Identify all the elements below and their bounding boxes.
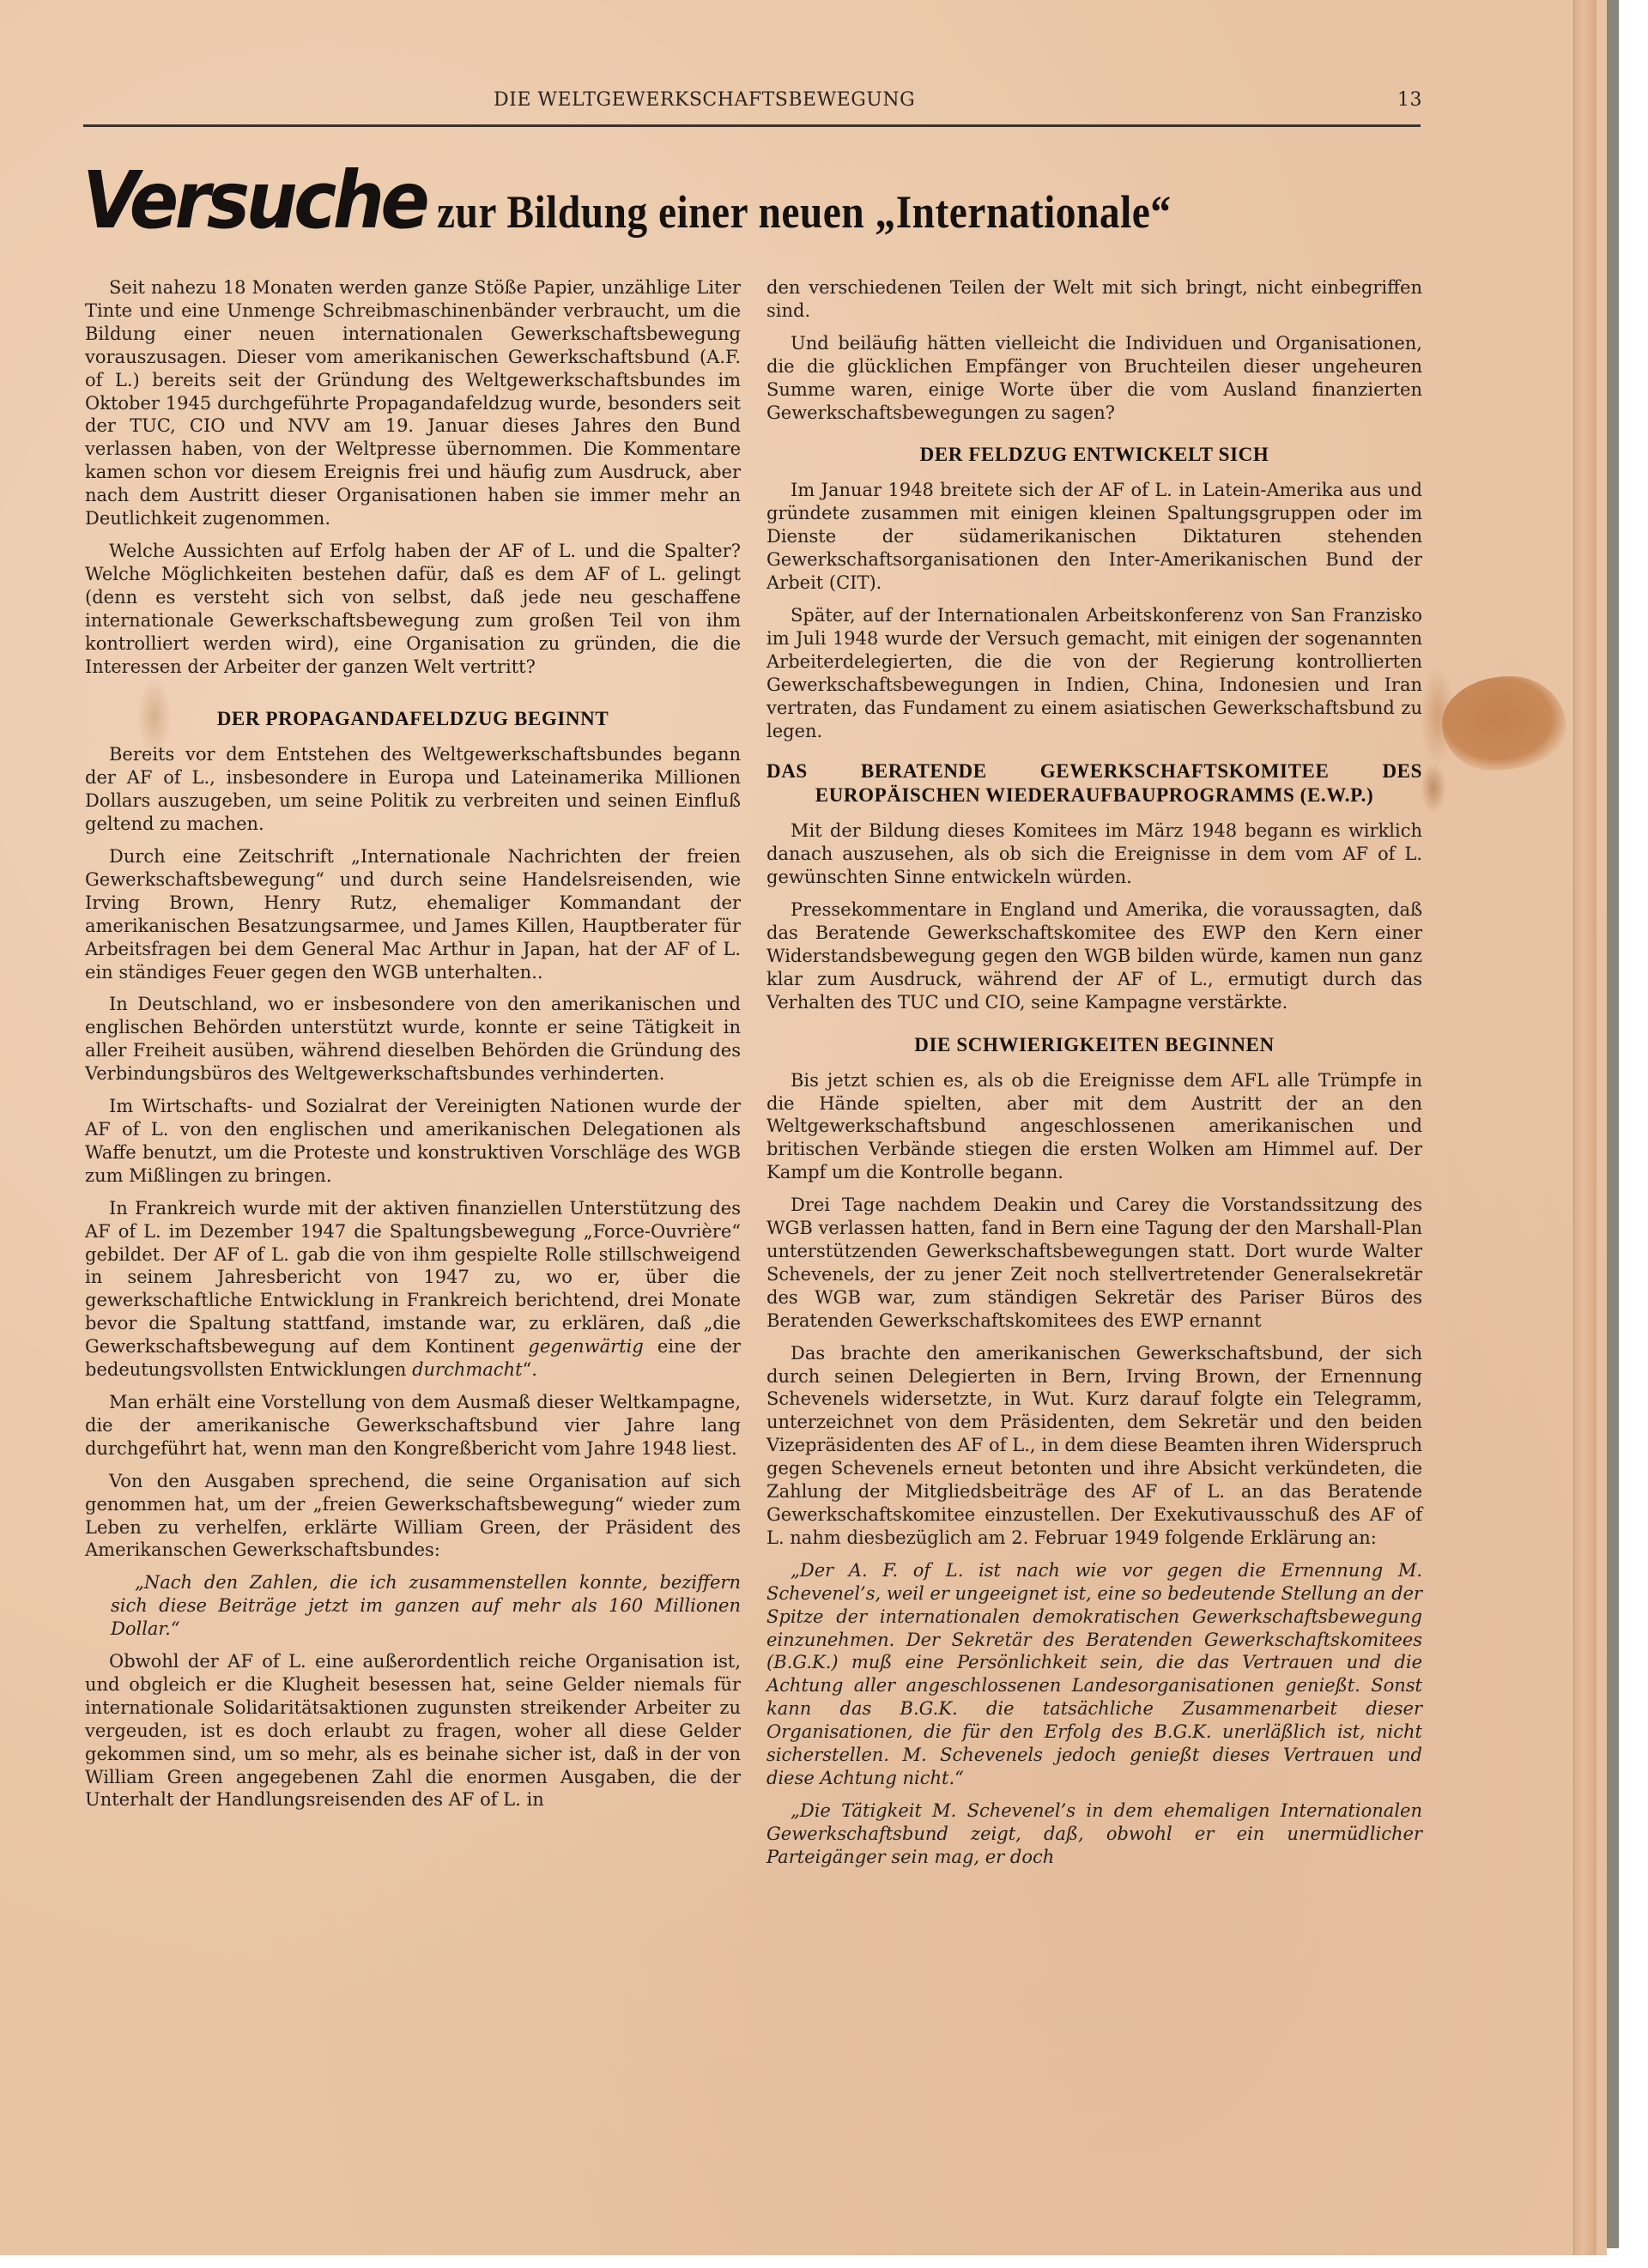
- paragraph: Mit der Bildung dieses Komitees im März …: [766, 820, 1422, 889]
- paragraph: Welche Aussichten auf Erfolg haben der A…: [85, 540, 741, 678]
- paragraph-continued: den verschiedenen Teilen der Welt mit si…: [766, 276, 1422, 323]
- paragraph: Bereits vor dem Entstehen des Weltgewerk…: [85, 743, 741, 836]
- block-quote: „Die Tätigkeit M. Schevenel’s in dem ehe…: [766, 1799, 1422, 1869]
- paper-stain: [1442, 676, 1566, 771]
- magazine-page: DIE WELTGEWERKSCHAFTSBEWEGUNG 13 Versuch…: [0, 0, 1607, 2255]
- block-quote: „Der A. F. of L. ist nach wie vor gegen …: [766, 1559, 1422, 1790]
- article-title-key: Versuche: [82, 154, 426, 246]
- paragraph: Pressekommentare in England und Amerika,…: [766, 898, 1422, 1014]
- paragraph: Durch eine Zeitschrift „Internationale N…: [85, 845, 741, 983]
- binding-edge: [1607, 0, 1619, 2248]
- section-heading: DIE SCHWIERIGKEITEN BEGINNEN: [766, 1033, 1422, 1057]
- paragraph: Und beiläufig hätten vielleicht die Indi…: [766, 332, 1422, 425]
- right-column: den verschiedenen Teilen der Welt mit si…: [766, 276, 1422, 1878]
- paragraph: Im Januar 1948 breitete sich der AF of L…: [766, 479, 1422, 595]
- paragraph: Von den Ausgaben sprechend, die seine Or…: [85, 1470, 741, 1563]
- paragraph: In Frankreich wurde mit der aktiven fina…: [85, 1197, 741, 1382]
- page-edge: [1573, 0, 1596, 2255]
- block-quote: „Nach den Zahlen, die ich zusammenstelle…: [85, 1571, 741, 1641]
- paragraph: Man erhält eine Vorstellung von dem Ausm…: [85, 1391, 741, 1461]
- emphasis: durchmacht: [412, 1359, 522, 1380]
- emphasis: gegenwärtig: [528, 1336, 643, 1357]
- section-heading: DER FELDZUG ENTWICKELT SICH: [766, 443, 1422, 467]
- page-number: 13: [1397, 89, 1422, 111]
- paragraph: Das brachte den amerikanischen Gewerksch…: [766, 1342, 1422, 1550]
- article-title: Versuche zur Bildung einer neuen „Intern…: [82, 154, 1271, 246]
- paragraph: Drei Tage nachdem Deakin und Carey die V…: [766, 1194, 1422, 1332]
- running-title: DIE WELTGEWERKSCHAFTSBEWEGUNG: [494, 89, 915, 111]
- section-heading: DAS BERATENDE GEWERKSCHAFTSKOMITEE DES E…: [766, 759, 1422, 807]
- paper-stain: [1421, 762, 1446, 813]
- left-column: Seit nahezu 18 Monaten werden ganze Stöß…: [85, 276, 741, 1821]
- text-run: In Frankreich wurde mit der aktiven fina…: [85, 1198, 741, 1357]
- article-title-rest: zur Bildung einer neuen „Internationale“: [437, 185, 1171, 239]
- paragraph: Bis jetzt schien es, als ob die Ereignis…: [766, 1069, 1422, 1185]
- text-run: “.: [523, 1359, 537, 1380]
- paragraph: Obwohl der AF of L. eine außerordentlich…: [85, 1650, 741, 1811]
- section-heading: DER PROPAGANDAFELDZUG BEGINNT: [85, 707, 741, 731]
- paragraph: Später, auf der Internationalen Arbeitsk…: [766, 604, 1422, 742]
- paragraph: Im Wirtschafts- und Sozialrat der Verein…: [85, 1095, 741, 1188]
- paragraph: In Deutschland, wo er insbesondere von d…: [85, 993, 741, 1086]
- header-rule: [83, 124, 1421, 127]
- paragraph: Seit nahezu 18 Monaten werden ganze Stöß…: [85, 276, 741, 530]
